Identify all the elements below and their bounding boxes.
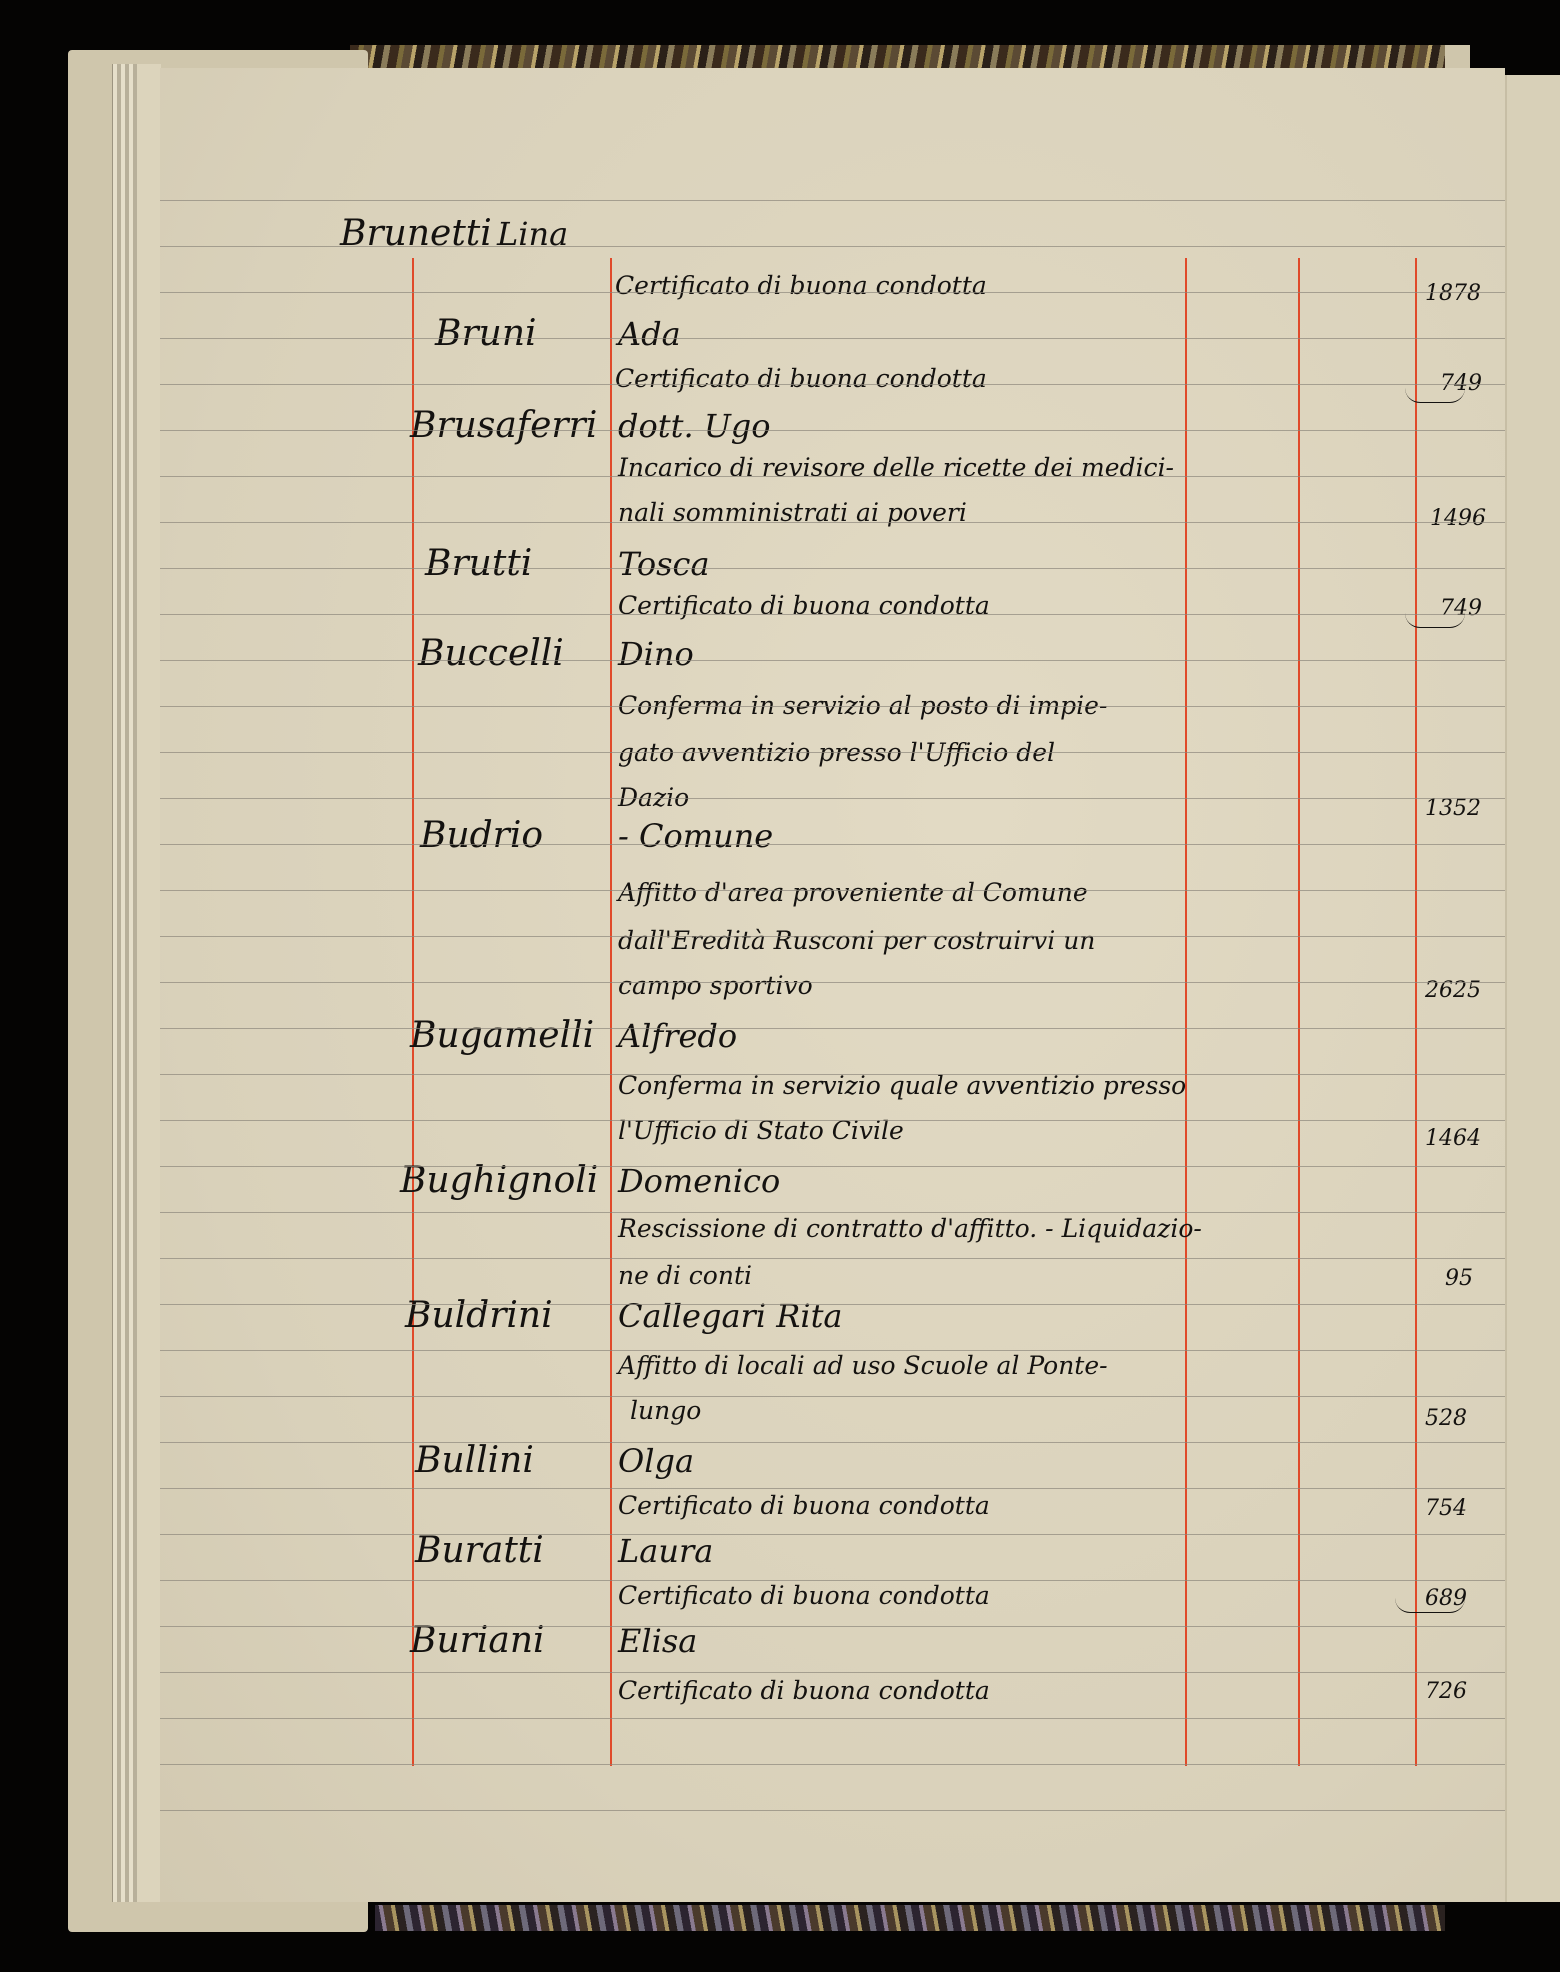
ruled-line [160,936,1505,937]
ruled-line [160,1626,1505,1627]
entry-number: 95 [1445,1268,1473,1290]
ruled-line [160,1534,1505,1535]
red-margin-left [412,258,414,1766]
entry-description: Affitto d'area proveniente al Comune [618,880,1088,905]
ruled-line [160,1396,1505,1397]
entry-surname: Bughignoli [400,1163,598,1199]
ruled-line [160,890,1505,891]
ruled-line [160,614,1505,615]
entry-number: 2625 [1425,980,1481,1002]
ruled-line [160,1212,1505,1213]
entry-surname: Budrio [420,818,543,854]
entry-description: Certificato di buona condotta [615,273,987,298]
entry-surname: Buccelli [418,636,564,672]
ruled-line [160,246,1505,247]
entry-surname: Buratti [415,1533,544,1569]
entry-surname: Brusaferri [410,408,597,444]
ruled-line [160,752,1505,753]
entry-description: l'Ufficio di Stato Civile [618,1118,904,1143]
ruled-line [160,292,1505,293]
red-column-number [1415,258,1417,1766]
ruled-line [160,1488,1505,1489]
entry-description: campo sportivo [618,973,813,998]
entry-given-name: Ada [618,318,681,350]
red-column-4 [1298,258,1300,1766]
ruled-line [160,1304,1505,1305]
ruled-line [160,706,1505,707]
ruled-line [160,1672,1505,1673]
entry-given-name: - Comune [618,820,773,852]
ruled-line [160,1442,1505,1443]
entry-given-name: Domenico [618,1165,780,1197]
entry-number: 528 [1425,1408,1467,1430]
entry-given-name: Elisa [618,1625,697,1657]
entry-description: Certificato di buona condotta [618,1493,990,1518]
entry-surname: Bugamelli [410,1018,594,1054]
entry-given-name: Laura [618,1535,713,1567]
page-stack-edge [112,64,161,1902]
entry-given-name: Dino [618,638,694,670]
number-flourish [1405,613,1465,628]
entry-number: 1352 [1425,798,1481,820]
ruled-line [160,1580,1505,1581]
ruled-line [160,522,1505,523]
ruled-line [160,1258,1505,1259]
number-flourish [1405,388,1465,403]
entry-given-name: Alfredo [618,1020,737,1052]
entry-description: ne di conti [618,1263,752,1288]
ruled-line [160,798,1505,799]
entry-number: 1878 [1425,283,1481,305]
ruled-line [160,1120,1505,1121]
ruled-line [160,1810,1505,1811]
number-flourish [1395,1598,1465,1613]
facing-page-edge [1505,75,1560,1902]
book-cover-bottom [375,1905,1445,1931]
entry-description: Conferma in servizio quale avventizio pr… [618,1073,1186,1098]
ruled-line [160,338,1505,339]
entry-given-name: Tosca [618,548,710,580]
ruled-line [160,1028,1505,1029]
register-page: Brunetti Lina Certificato di buona condo… [160,68,1505,1902]
entry-surname: Bullini [415,1443,534,1479]
entry-description: Certificato di buona condotta [618,1583,990,1608]
entry-given-name: dott. Ugo [618,410,771,442]
red-column-description [610,258,612,1766]
ruled-line [160,982,1505,983]
entry-given-name: Olga [618,1445,694,1477]
ruled-line [160,1718,1505,1719]
ruled-line [160,200,1505,201]
ruled-line [160,384,1505,385]
red-column-3 [1185,258,1187,1766]
entry-description: lungo [630,1398,701,1423]
entry-description: Rescissione di contratto d'affitto. - Li… [618,1216,1202,1241]
ruled-line [160,660,1505,661]
ruled-line [160,476,1505,477]
entry-number: 726 [1425,1681,1467,1703]
entry-number: 1496 [1430,508,1486,530]
entry-description: Certificato di buona condotta [615,366,987,391]
ruled-line [160,1764,1505,1765]
entry-surname: Buriani [410,1623,545,1659]
ruled-line [160,430,1505,431]
ruled-line [160,1350,1505,1351]
entry-number: 1464 [1425,1128,1481,1150]
ruled-line [160,844,1505,845]
entry-surname: Brutti [425,546,532,582]
ruled-line [160,1074,1505,1075]
ruled-line [160,568,1505,569]
ruled-line [160,1166,1505,1167]
entry-description: Certificato di buona condotta [618,1678,990,1703]
entry-number: 754 [1425,1498,1467,1520]
entry-description: dall'Eredità Rusconi per costruirvi un [618,928,1095,953]
entry-surname: Bruni [435,316,537,352]
entry-description: Affitto di locali ad uso Scuole al Ponte… [618,1353,1108,1378]
